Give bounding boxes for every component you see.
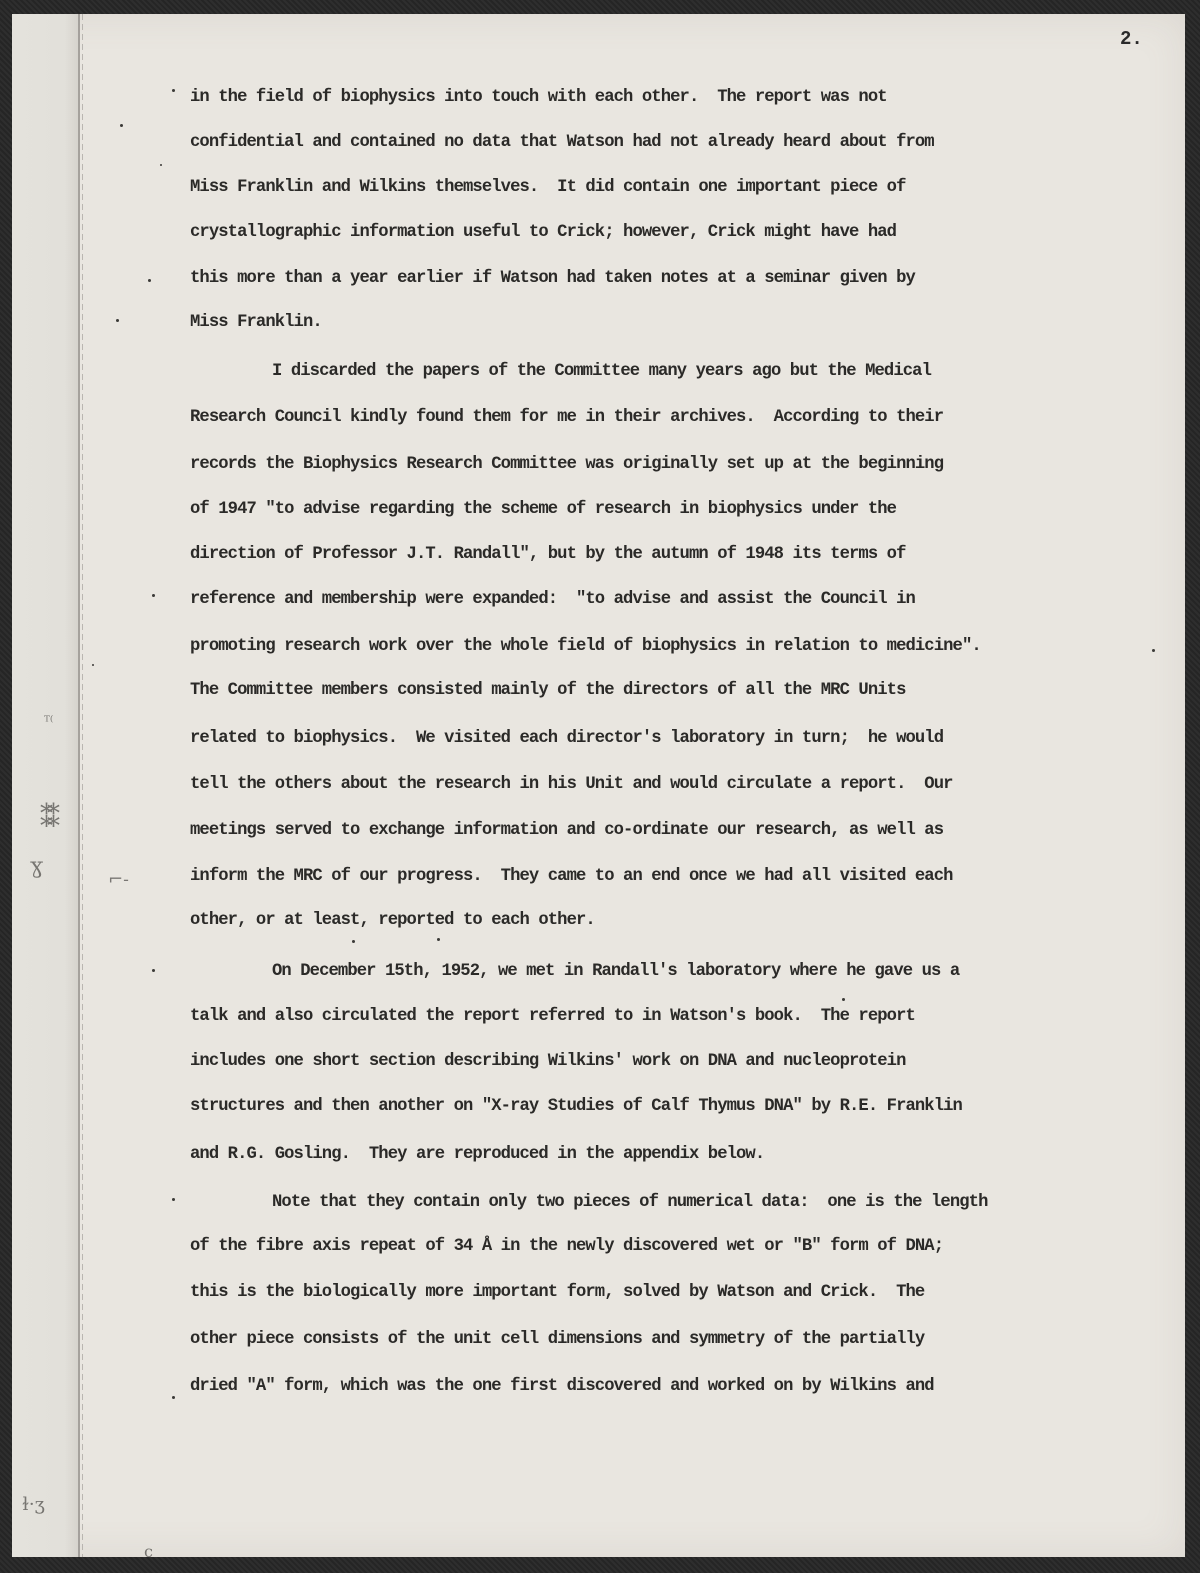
- text-line: talk and also circulated the report refe…: [190, 1006, 915, 1028]
- text-line: I discarded the papers of the Committee …: [272, 361, 931, 383]
- text-line: promoting research work over the whole f…: [190, 636, 981, 658]
- text-line: includes one short section describing Wi…: [190, 1051, 905, 1073]
- text-line: The Committee members consisted mainly o…: [190, 680, 905, 702]
- text-line: inform the MRC of our progress. They cam…: [190, 866, 953, 888]
- scan-background: ᵀ⁽ ⁑⁑ ɣ ⌐˗ ɫ·ʒ c 2. in the field of biop…: [0, 0, 1200, 1573]
- text-line: direction of Professor J.T. Randall", bu…: [190, 544, 905, 566]
- left-margin-strip: [12, 14, 78, 1557]
- text-line: confidential and contained no data that …: [190, 132, 934, 154]
- margin-mark: c: [144, 1542, 153, 1557]
- text-line: On December 15th, 1952, we met in Randal…: [272, 961, 959, 983]
- text-line: tell the others about the research in hi…: [190, 774, 953, 796]
- margin-mark: ɣ: [30, 854, 43, 879]
- text-line: meetings served to exchange information …: [190, 820, 943, 842]
- text-line: other piece consists of the unit cell di…: [190, 1329, 924, 1351]
- text-line: of the fibre axis repeat of 34 Å in the …: [190, 1236, 943, 1258]
- text-line: Note that they contain only two pieces o…: [272, 1192, 987, 1214]
- margin-mark: ɫ·ʒ: [22, 1494, 45, 1515]
- page-number: 2.: [1120, 28, 1143, 50]
- margin-mark: ⌐˗: [108, 869, 129, 890]
- typewritten-page: ᵀ⁽ ⁑⁑ ɣ ⌐˗ ɫ·ʒ c 2. in the field of biop…: [12, 14, 1185, 1557]
- text-line: in the field of biophysics into touch wi…: [190, 87, 887, 109]
- text-line: of 1947 "to advise regarding the scheme …: [190, 499, 896, 521]
- text-line: Research Council kindly found them for m…: [190, 407, 943, 429]
- text-line: other, or at least, reported to each oth…: [190, 910, 595, 932]
- text-line: reference and membership were expanded: …: [190, 589, 915, 611]
- text-line: this more than a year earlier if Watson …: [190, 268, 915, 290]
- text-line: and R.G. Gosling. They are reproduced in…: [190, 1144, 764, 1166]
- text-line: related to biophysics. We visited each d…: [190, 728, 943, 750]
- margin-mark: ᵀ⁽: [44, 714, 53, 730]
- margin-mark: ⁑⁑: [40, 804, 54, 834]
- fold-line-shadow: [82, 14, 83, 1557]
- text-line: Miss Franklin and Wilkins themselves. It…: [190, 177, 905, 199]
- text-line: structures and then another on "X-ray St…: [190, 1096, 962, 1118]
- fold-line: [78, 14, 80, 1557]
- text-line: crystallographic information useful to C…: [190, 222, 896, 244]
- text-line: records the Biophysics Research Committe…: [190, 454, 943, 476]
- text-line: Miss Franklin.: [190, 312, 322, 334]
- text-line: this is the biologically more important …: [190, 1282, 924, 1304]
- text-line: dried "A" form, which was the one first …: [190, 1376, 934, 1398]
